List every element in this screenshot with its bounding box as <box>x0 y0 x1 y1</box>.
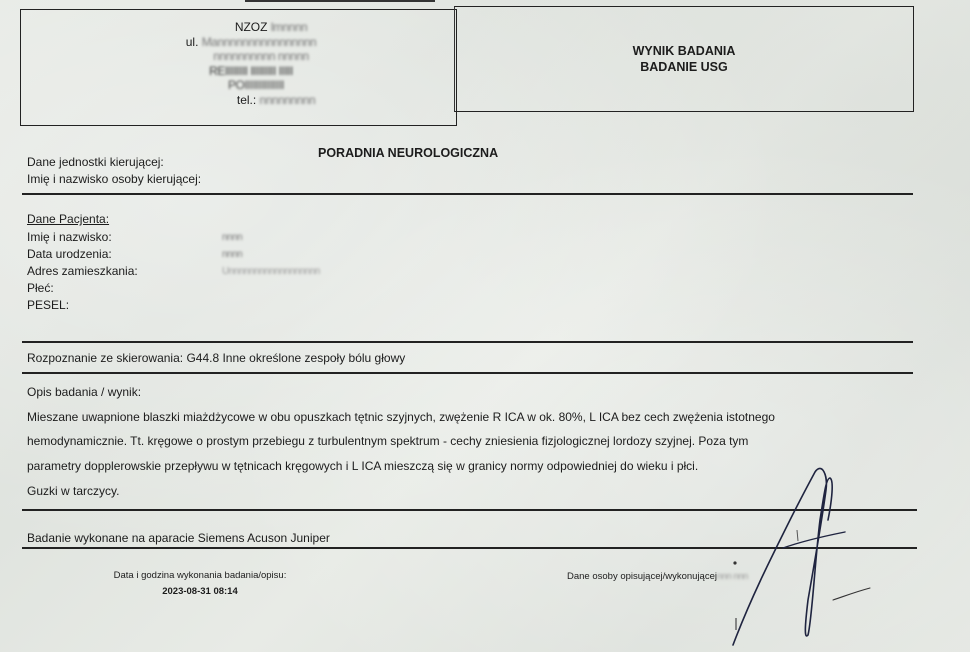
patient-sex-value <box>222 280 320 297</box>
description-line: parametry dopplerowskie przepływu w tętn… <box>27 459 698 473</box>
divider <box>22 509 917 511</box>
divider <box>22 547 917 549</box>
patient-section-title: Dane Pacjenta: <box>27 212 109 226</box>
referring-person-label: Imię i nazwisko osoby kierującej: <box>27 172 201 186</box>
report-title-box: WYNIK BADANIA BADANIE USG <box>454 6 914 112</box>
patient-dob-label: Data urodzenia: <box>27 246 138 263</box>
description-line: Guzki w tarczycy. <box>27 484 119 498</box>
clinic-address: NZOZ lmnnnn ul. Mannnnnnnnnnnnnnnn nnnnn… <box>81 20 421 107</box>
patient-pesel-label: PESEL: <box>27 297 138 314</box>
performer-label: Dane osoby opisującej/wykonującej <box>567 571 717 582</box>
description-label: Opis badania / wynik: <box>27 385 141 399</box>
patient-address-label: Adres zamieszkania: <box>27 263 138 280</box>
patient-pesel-value <box>222 297 320 314</box>
diagnosis: Rozpoznanie ze skierowania: G44.8 Inne o… <box>27 351 405 365</box>
referring-unit-label: Dane jednostki kierującej: <box>27 155 164 169</box>
divider <box>22 193 913 195</box>
patient-address-value: Unnnnnnnnnnnnnnnnnn <box>222 263 320 280</box>
exam-datetime: Data i godzina wykonania badania/opisu: … <box>100 570 300 597</box>
top-edge-bar <box>245 0 435 2</box>
clinic-street: ul. Mannnnnnnnnnnnnnnn <box>81 35 421 50</box>
divider <box>22 372 913 374</box>
exam-datetime-label: Data i godzina wykonania badania/opisu: <box>100 570 300 581</box>
divider <box>22 341 913 343</box>
clinic-header-box: NZOZ lmnnnn ul. Mannnnnnnnnnnnnnnn nnnnn… <box>20 9 457 126</box>
clinic-line5: POIIIIIIIIIIIIII <box>81 78 421 93</box>
report-title: WYNIK BADANIA BADANIE USG <box>455 43 913 75</box>
diagnosis-label: Rozpoznanie ze skierowania: <box>27 351 183 365</box>
clinic-name: NZOZ lmnnnn <box>81 20 421 35</box>
clinic-registry: REIIIIIIII IIIIIIIII IIIII <box>81 64 421 79</box>
description-line: Mieszane uwapnione blaszki miażdżycowe w… <box>27 410 775 424</box>
description-line: hemodynamicznie. Tt. kręgowe o prostym p… <box>27 434 748 448</box>
referring-unit-value: PORADNIA NEUROLOGICZNA <box>318 146 498 160</box>
performer-redacted: nnn nnn <box>717 571 748 582</box>
patient-labels: Imię i nazwisko: Data urodzenia: Adres z… <box>27 229 138 314</box>
diagnosis-value: G44.8 Inne określone zespoły bólu głowy <box>186 351 405 365</box>
patient-sex-label: Płeć: <box>27 280 138 297</box>
exam-datetime-value: 2023-08-31 08:14 <box>100 586 300 597</box>
performer: Dane osoby opisującej/wykonującejnnn nnn <box>567 571 748 582</box>
patient-values: nnnn nnnn Unnnnnnnnnnnnnnnnnn <box>222 229 320 314</box>
patient-dob-value: nnnn <box>222 246 320 263</box>
patient-name-value: nnnn <box>222 229 320 246</box>
patient-name-label: Imię i nazwisko: <box>27 229 138 246</box>
clinic-line3: nnnnnnnnnn nnnnn <box>81 49 421 64</box>
clinic-phone: tel.: nnnnnnnnn <box>81 93 421 108</box>
device-info: Badanie wykonane na aparacie Siemens Acu… <box>27 531 330 545</box>
